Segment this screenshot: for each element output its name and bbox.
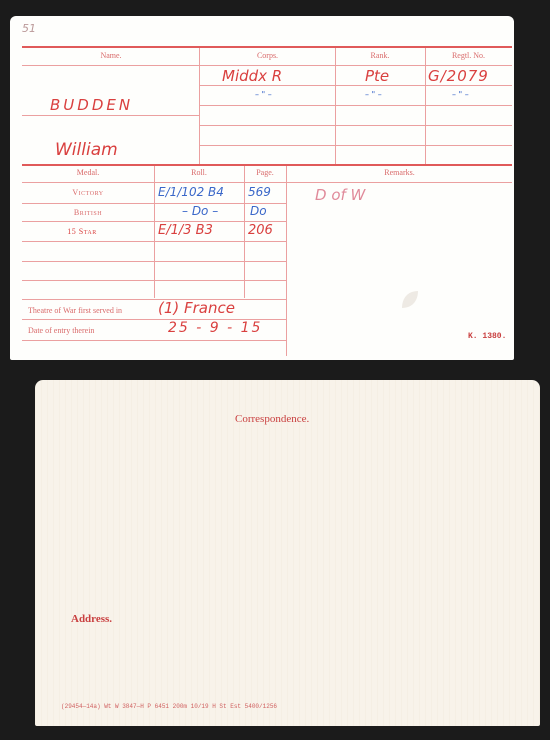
forename: William <box>55 140 118 160</box>
theatre-label: Theatre of War first served in <box>28 306 154 315</box>
rule <box>22 221 286 222</box>
medal-victory: Victory <box>22 188 154 197</box>
header-roll: Roll. <box>154 168 244 177</box>
header-page: Page. <box>244 168 286 177</box>
header-remarks: Remarks. <box>287 168 512 177</box>
rule <box>22 115 200 116</box>
regt-no-ditto: – " – <box>452 90 469 99</box>
rule <box>22 261 286 262</box>
corner-mark: 51 <box>22 22 36 35</box>
roll-victory: E/1/102 B4 <box>158 185 224 199</box>
corps-ditto: – " – <box>255 90 272 99</box>
printer-line: (29454—14a) Wt W 3847—H P 6451 200m 10/1… <box>61 703 277 710</box>
rule <box>425 48 426 164</box>
theatre-value: (1) France <box>158 299 235 317</box>
header-name: Name. <box>22 51 200 60</box>
medal-index-card-back: Correspondence. Address. (29454—14a) Wt … <box>35 380 540 726</box>
rule <box>200 145 512 146</box>
rule <box>22 203 286 204</box>
rule <box>22 299 286 300</box>
rank-ditto: – " – <box>365 90 382 99</box>
rule <box>22 340 286 341</box>
form-code: K. 1380. <box>468 332 506 341</box>
rule <box>244 166 245 298</box>
rule <box>22 164 512 166</box>
header-regt-no: Regtl. No. <box>425 51 512 60</box>
regt-no-value: G/2079 <box>428 67 489 85</box>
remarks-value: D of W <box>315 186 365 204</box>
page-victory: 569 <box>248 185 271 199</box>
roll-15-star: E/1/3 B3 <box>158 223 213 238</box>
page-british: Do <box>250 204 267 218</box>
rule <box>154 166 155 298</box>
page-15-star: 206 <box>248 223 273 238</box>
rule <box>22 182 512 183</box>
rule <box>286 166 287 356</box>
correspondence-label: Correspondence. <box>235 413 309 425</box>
medal-index-card-front: 51 Name. Corps. Rank. Regtl. No. BUDDEN … <box>10 16 514 360</box>
rule <box>200 85 512 86</box>
rule <box>22 46 512 48</box>
rule <box>335 48 336 164</box>
header-medal: Medal. <box>22 168 154 177</box>
header-corps: Corps. <box>200 51 335 60</box>
address-label: Address. <box>71 613 112 625</box>
rule <box>22 241 286 242</box>
surname: BUDDEN <box>50 96 133 114</box>
roll-british: – Do – <box>182 204 218 218</box>
medal-british: British <box>22 208 154 217</box>
date-value: 25 - 9 - 15 <box>168 320 262 336</box>
date-label: Date of entry therein <box>28 326 154 335</box>
leaf-watermark-icon <box>398 288 422 312</box>
corps-value: Middx R <box>222 67 282 85</box>
rank-value: Pte <box>365 67 389 85</box>
rule <box>200 105 512 106</box>
rule <box>200 125 512 126</box>
rule <box>22 65 512 66</box>
rule <box>22 280 286 281</box>
medal-15-star: 15 Star <box>32 227 132 236</box>
rule <box>199 48 200 164</box>
header-rank: Rank. <box>335 51 425 60</box>
